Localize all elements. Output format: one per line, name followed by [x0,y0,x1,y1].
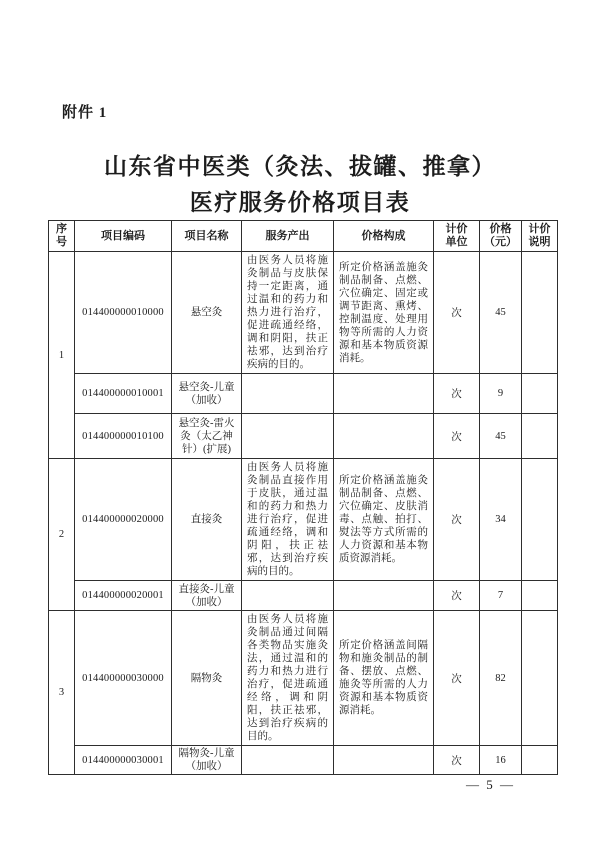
note-cell [522,611,558,746]
name-cell: 悬空灸-儿童 （加收） [172,374,242,414]
price-cell: 45 [480,414,522,459]
name-cell: 直接灸-儿童 （加收） [172,581,242,611]
price-cell: 34 [480,459,522,581]
table-row: 014400000030001 隔物灸-儿童 （加收） 次 16 [49,746,558,775]
unit-cell: 次 [434,459,480,581]
serial-cell: 2 [49,459,75,611]
note-cell [522,414,558,459]
header-price: 价格 （元） [480,221,522,252]
service-cell: 由医务人员将施灸制品与皮肤保持一定距离，通过温和的药力和热力进行治疗，促进疏通经… [242,252,334,374]
composition-cell [334,414,434,459]
composition-cell [334,374,434,414]
note-cell [522,252,558,374]
table-row: 014400000020001 直接灸-儿童 （加收） 次 7 [49,581,558,611]
header-note: 计价 说明 [522,221,558,252]
price-cell: 82 [480,611,522,746]
composition-cell [334,581,434,611]
table-row: 3 014400000030000 隔物灸 由医务人员将施灸制品通过间隔各类物品… [49,611,558,746]
name-cell: 隔物灸 [172,611,242,746]
name-cell: 直接灸 [172,459,242,581]
note-cell [522,374,558,414]
unit-cell: 次 [434,611,480,746]
document-page: 附件 1 山东省中医类（灸法、拔罐、推拿） 医疗服务价格项目表 序 号 项目编码… [0,0,600,848]
name-cell: 悬空灸 [172,252,242,374]
unit-cell: 次 [434,581,480,611]
table-row: 014400000010100 悬空灸-雷火 灸（太乙神 针）(扩展) 次 45 [49,414,558,459]
header-code: 项目编码 [75,221,172,252]
serial-cell: 1 [49,252,75,459]
composition-cell: 所定价格涵盖施灸制品制备、点燃、穴位确定、固定或调节距离、熏烤、控制温度、处理用… [334,252,434,374]
composition-cell: 所定价格涵盖施灸制品制备、点燃、穴位确定、皮肤消毒、点触、拍打、熨法等方式所需的… [334,459,434,581]
name-cell: 悬空灸-雷火 灸（太乙神 针）(扩展) [172,414,242,459]
note-cell [522,581,558,611]
document-title-line2: 医疗服务价格项目表 [0,185,600,221]
note-cell [522,746,558,775]
unit-cell: 次 [434,414,480,459]
table-row: 014400000010001 悬空灸-儿童 （加收） 次 9 [49,374,558,414]
header-name: 项目名称 [172,221,242,252]
header-service: 服务产出 [242,221,334,252]
code-cell: 014400000020000 [75,459,172,581]
composition-cell: 所定价格涵盖间隔物和施灸制品的制备、摆放、点燃、施灸等所需的人力资源和基本物质资… [334,611,434,746]
serial-cell: 3 [49,611,75,775]
header-composition: 价格构成 [334,221,434,252]
composition-cell [334,746,434,775]
service-cell [242,374,334,414]
unit-cell: 次 [434,374,480,414]
unit-cell: 次 [434,252,480,374]
table-header-row: 序 号 项目编码 项目名称 服务产出 价格构成 计价 单位 价格 （元） 计价 … [49,221,558,252]
code-cell: 014400000010100 [75,414,172,459]
header-unit: 计价 单位 [434,221,480,252]
code-cell: 014400000030001 [75,746,172,775]
code-cell: 014400000020001 [75,581,172,611]
code-cell: 014400000010001 [75,374,172,414]
attachment-label: 附件 1 [62,101,107,122]
price-cell: 45 [480,252,522,374]
service-cell: 由医务人员将施灸制品直接作用于皮肤，通过温和的药力和热力进行治疗，促进疏通经络，… [242,459,334,581]
price-cell: 9 [480,374,522,414]
price-cell: 16 [480,746,522,775]
code-cell: 014400000010000 [75,252,172,374]
table-row: 2 014400000020000 直接灸 由医务人员将施灸制品直接作用于皮肤，… [49,459,558,581]
table-row: 1 014400000010000 悬空灸 由医务人员将施灸制品与皮肤保持一定距… [49,252,558,374]
document-title-line1: 山东省中医类（灸法、拔罐、推拿） [0,149,600,185]
service-cell: 由医务人员将施灸制品通过间隔各类物品实施灸法，通过温和的药力和热力进行治疗，促进… [242,611,334,746]
service-cell [242,746,334,775]
document-title: 山东省中医类（灸法、拔罐、推拿） 医疗服务价格项目表 [0,149,600,221]
price-table: 序 号 项目编码 项目名称 服务产出 价格构成 计价 单位 价格 （元） 计价 … [48,220,558,775]
unit-cell: 次 [434,746,480,775]
page-number: — 5 — [466,777,515,793]
service-cell [242,581,334,611]
name-cell: 隔物灸-儿童 （加收） [172,746,242,775]
code-cell: 014400000030000 [75,611,172,746]
header-serial: 序 号 [49,221,75,252]
note-cell [522,459,558,581]
service-cell [242,414,334,459]
price-cell: 7 [480,581,522,611]
